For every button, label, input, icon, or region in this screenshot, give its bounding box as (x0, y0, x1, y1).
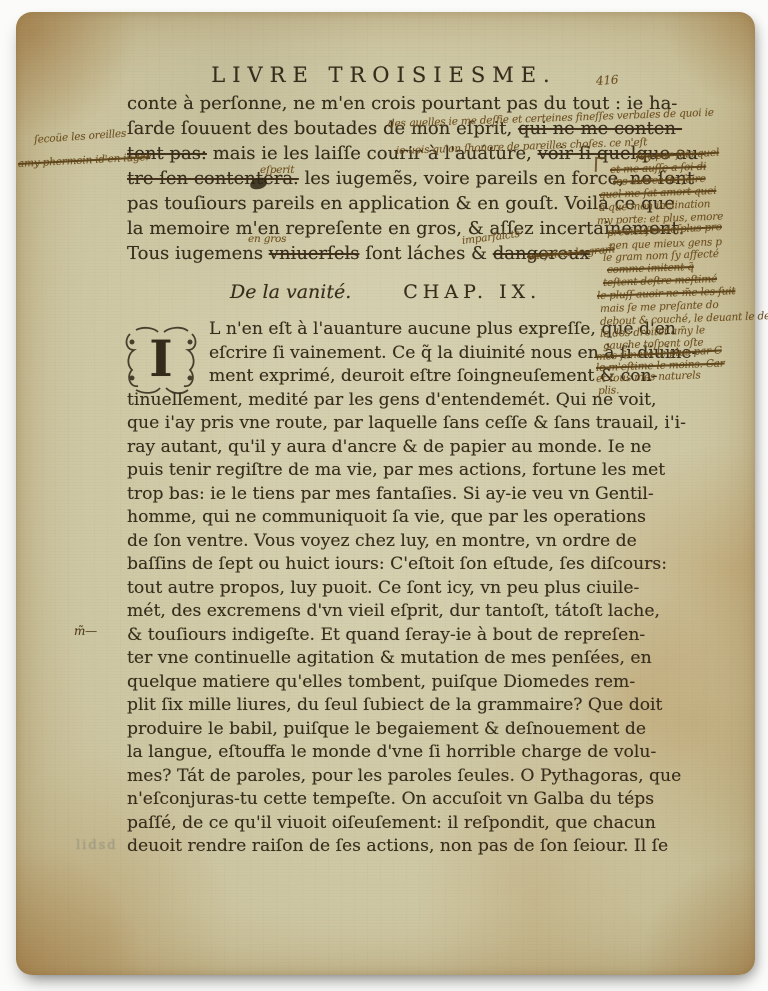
photographed-page: LIVRE TROISIESME. 416 conte à perſonne, … (0, 0, 768, 991)
print-line: que i'ay pris vne route, par laquelle ſa… (127, 412, 687, 436)
print-line: mes? Tát de paroles, pour les paroles ſe… (127, 765, 687, 789)
print-line: & touſiours indigeſte. Et quand ſeray-ie… (127, 624, 687, 648)
chapter-body: L n'en eſt à l'auanture aucune plus expr… (127, 318, 687, 859)
print-line: de ſon ventre. Vous voyez chez luy, en m… (127, 530, 687, 554)
interlinear-annotation: en gros (248, 233, 286, 245)
print-line: la langue, eſtouffa le monde d'vne ſi ho… (127, 741, 687, 765)
print-line: puis tenir regiſtre de ma vie, par mes a… (127, 459, 687, 483)
text-segment: Tous iugemens (127, 243, 269, 264)
print-line: produire le babil, puiſque le begaiement… (127, 718, 687, 742)
interlinear-annotation: eſperit (260, 164, 294, 176)
print-line: plit ſix mille liures, du ſeul ſubiect d… (127, 694, 687, 718)
print-line: paſſé, de ce qu'il viuoit oiſeuſement: i… (127, 812, 687, 836)
bleedthrough-text: lidsd (76, 838, 118, 853)
left-margin-mark: m̃— (74, 624, 97, 638)
text-segment: ſont láches & (359, 243, 492, 264)
chapter-title: De la vanité. (230, 281, 351, 303)
running-title: LIVRE TROISIESME. (0, 63, 768, 87)
print-line: mét, des excremens d'vn vieil eſprit, du… (127, 600, 687, 624)
print-line: homme, qui ne communiquoit ſa vie, que p… (127, 506, 687, 530)
right-margin-annotation: plis. (598, 384, 620, 397)
chapter-number: CHAP. IX. (403, 281, 541, 303)
print-line: ray autant, qu'il y aura d'ancre & de pa… (127, 436, 687, 460)
struck-segment: vniuerſels (269, 243, 360, 264)
print-line: quelque matiere qu'elles tombent, puiſqu… (127, 671, 687, 695)
left-margin-annotation: ſecoüe les oreilles (34, 128, 127, 146)
print-line: tout autre propos, luy puoit. Ce ſont ic… (127, 577, 687, 601)
insertion-bracket (595, 157, 607, 172)
print-line: ter vne continuelle agitation & mutation… (127, 647, 687, 671)
print-line: trop bas: ie le tiens par mes fantaſies.… (127, 483, 687, 507)
print-line: baſſins de ſept ou huict iours: C'eſtoit… (127, 553, 687, 577)
text-segment: pas touſiours pareils en application & e… (127, 193, 675, 214)
print-line: n'eſconjuras-tu cette tempeſte. On accuſ… (127, 788, 687, 812)
print-line: deuoit rendre raiſon de ſes actions, non… (127, 835, 687, 859)
page-number: 416 (596, 72, 619, 88)
print-layer: LIVRE TROISIESME. 416 conte à perſonne, … (0, 0, 768, 991)
